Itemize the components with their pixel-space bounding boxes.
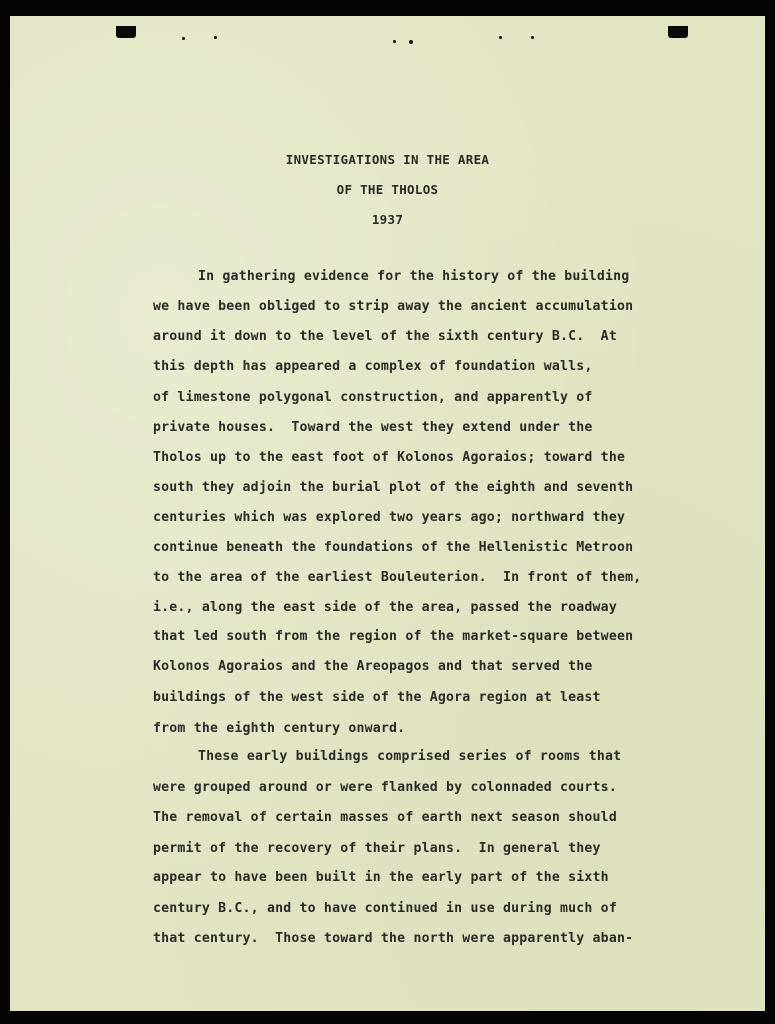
- body-line: These early buildings comprised series o…: [198, 750, 621, 763]
- punch-hole: [393, 40, 396, 43]
- punch-hole: [214, 36, 217, 39]
- body-line: that led south from the region of the ma…: [153, 630, 633, 643]
- body-line: appear to have been built in the early p…: [153, 871, 609, 884]
- body-line: to the area of the earliest Bouleuterion…: [153, 571, 641, 584]
- body-line: south they adjoin the burial plot of the…: [153, 481, 633, 494]
- body-line: that century. Those toward the north wer…: [153, 932, 633, 945]
- punch-hole: [409, 40, 413, 44]
- title-line-1: INVESTIGATIONS IN THE AREA: [0, 152, 775, 167]
- body-line: century B.C., and to have continued in u…: [153, 902, 617, 915]
- body-line: of limestone polygonal construction, and…: [153, 391, 593, 404]
- body-line: private houses. Toward the west they ext…: [153, 421, 593, 434]
- body-line: i.e., along the east side of the area, p…: [153, 601, 617, 614]
- binder-clip-right: [668, 26, 688, 38]
- title-line-2: OF THE THOLOS: [0, 182, 775, 197]
- body-line: buildings of the west side of the Agora …: [153, 691, 601, 704]
- title-year: 1937: [0, 212, 775, 227]
- body-line: In gathering evidence for the history of…: [198, 270, 629, 283]
- punch-hole: [499, 36, 502, 39]
- body-line: permit of the recovery of their plans. I…: [153, 842, 601, 855]
- punch-hole: [531, 36, 534, 39]
- body-line: were grouped around or were flanked by c…: [153, 781, 617, 794]
- body-line: this depth has appeared a complex of fou…: [153, 360, 593, 373]
- body-line: centuries which was explored two years a…: [153, 511, 625, 524]
- punch-hole: [182, 37, 185, 40]
- binder-clip-left: [116, 26, 136, 38]
- body-line: continue beneath the foundations of the …: [153, 541, 633, 554]
- body-line: we have been obliged to strip away the a…: [153, 300, 633, 313]
- body-line: The removal of certain masses of earth n…: [153, 811, 617, 824]
- body-line: Kolonos Agoraios and the Areopagos and t…: [153, 660, 593, 673]
- body-line: from the eighth century onward.: [153, 722, 405, 735]
- body-line: Tholos up to the east foot of Kolonos Ag…: [153, 451, 625, 464]
- body-line: around it down to the level of the sixth…: [153, 330, 617, 343]
